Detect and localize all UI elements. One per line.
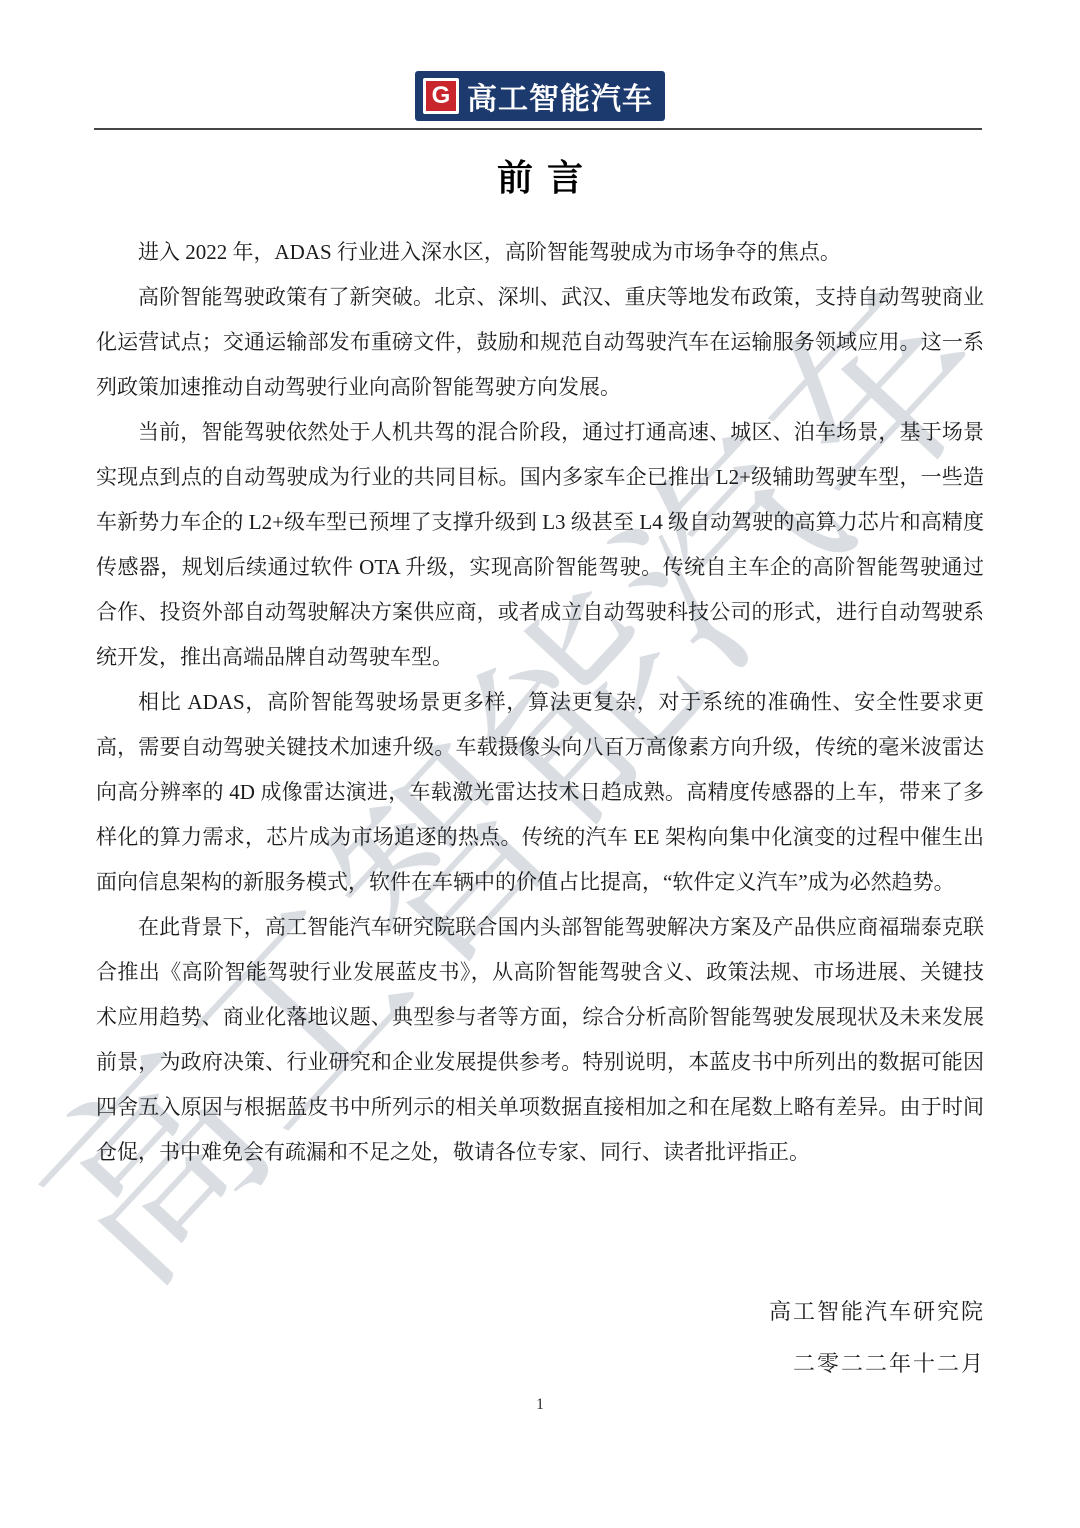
brand-monogram-icon: G [423, 78, 459, 114]
page-number: 1 [0, 1396, 1080, 1414]
page-title: 前言 [0, 150, 1080, 201]
brand-logo: G 高工智能汽车 [415, 71, 665, 121]
signature-organization: 高工智能汽车研究院 [769, 1286, 985, 1338]
paragraph-3: 当前，智能驾驶依然处于人机共驾的混合阶段，通过打通高速、城区、泊车场景，基于场景… [96, 410, 984, 680]
header-divider [94, 128, 982, 130]
paragraph-5: 在此背景下，高工智能汽车研究院联合国内头部智能驾驶解决方案及产品供应商福瑞泰克联… [96, 905, 984, 1175]
paragraph-2: 高阶智能驾驶政策有了新突破。北京、深圳、武汉、重庆等地发布政策，支持自动驾驶商业… [96, 275, 984, 410]
signature-date: 二零二二年十二月 [769, 1338, 985, 1390]
signature-block: 高工智能汽车研究院 二零二二年十二月 [769, 1286, 985, 1390]
preface-body: 进入 2022 年，ADAS 行业进入深水区，高阶智能驾驶成为市场争夺的焦点。 … [96, 230, 984, 1175]
brand-name: 高工智能汽车 [467, 74, 653, 118]
document-page: 高工智能汽车 G 高工智能汽车 前言 进入 2022 年，ADAS 行业进入深水… [0, 0, 1080, 1528]
paragraph-4: 相比 ADAS，高阶智能驾驶场景更多样，算法更复杂，对于系统的准确性、安全性要求… [96, 680, 984, 905]
paragraph-1: 进入 2022 年，ADAS 行业进入深水区，高阶智能驾驶成为市场争夺的焦点。 [96, 230, 984, 275]
